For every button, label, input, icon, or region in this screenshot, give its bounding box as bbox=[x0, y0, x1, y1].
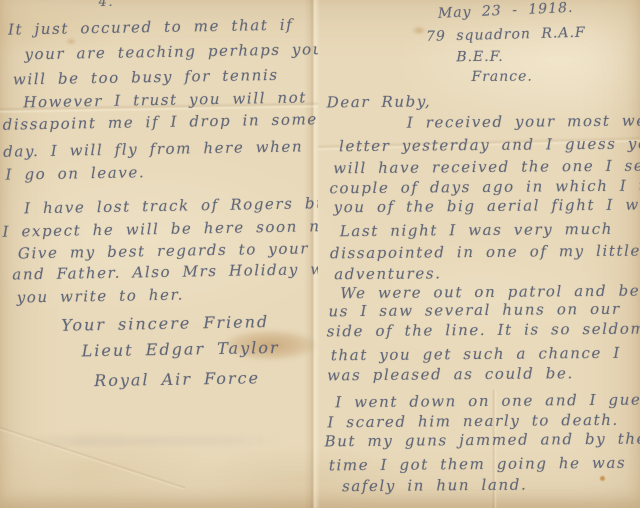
signature: Lieut Edgar Taylor bbox=[82, 338, 280, 360]
handwriting-line: safely in hun land. bbox=[342, 476, 527, 496]
handwriting-line: I have lost track of Rogers but bbox=[24, 194, 318, 217]
handwriting-line: I went down on one and I guess bbox=[335, 390, 640, 411]
handwriting-line: time I got them going he was bbox=[329, 454, 627, 475]
unit-line: 79 squadron R.A.F bbox=[426, 25, 586, 45]
salutation: Dear Ruby, bbox=[327, 92, 432, 111]
handwriting-line: adventures. bbox=[334, 264, 442, 283]
handwriting-line: day. I will fly from here when bbox=[3, 137, 303, 160]
handwriting-line: you write to her. bbox=[17, 286, 185, 307]
handwriting-line: It just occured to me that if bbox=[8, 16, 294, 39]
handwriting-line: dissapointed in one of my little bbox=[330, 242, 640, 263]
handwriting-line: Last night I was very much bbox=[340, 220, 613, 240]
handwriting-line: that you get such a chance I bbox=[331, 344, 621, 365]
handwriting-line: couple of days ago in which I told bbox=[329, 176, 640, 197]
handwriting-line: letter yesterday and I guess you bbox=[339, 134, 640, 155]
handwriting-line: Give my best regards to your Mother bbox=[18, 238, 318, 262]
handwriting-line: side of the line. It is so seldom bbox=[327, 320, 640, 341]
handwriting-line: But my guns jammed and by the bbox=[325, 430, 640, 451]
date-line: May 23 - 1918. bbox=[438, 0, 574, 22]
handwriting-line: However I trust you will not bbox=[23, 88, 307, 111]
letter-page-left: 4. It just occured to me that if your ar… bbox=[0, 0, 318, 508]
handwriting-line: I received your most welcome bbox=[407, 111, 640, 132]
handwriting-line: I expect he will be here soon now. bbox=[2, 217, 318, 241]
handwriting-line: you of the big aerial fight I was in. bbox=[334, 195, 640, 216]
signature-unit: Royal Air Force bbox=[94, 368, 260, 390]
closing-line: Your sincere Friend bbox=[61, 312, 269, 335]
handwriting-line: your are teaching perhaps you bbox=[24, 40, 318, 63]
handwriting-line: I go on leave. bbox=[5, 163, 145, 183]
handwriting-line: will have received the one I sent a bbox=[333, 156, 640, 177]
handwriting-line: dissapoint me if I drop in some bbox=[3, 110, 318, 133]
page-number: 4. bbox=[98, 0, 114, 10]
handwriting-line: and Father. Also Mrs Holiday when bbox=[12, 260, 318, 284]
handwriting-line: was pleased as could be. bbox=[327, 364, 574, 384]
handwriting-line: I scared him nearly to death. bbox=[327, 411, 619, 432]
handwriting-line: will be too busy for tennis bbox=[13, 66, 279, 89]
country-line: France. bbox=[471, 69, 532, 86]
force-line: B.E.F. bbox=[456, 49, 504, 65]
letter-page-right: May 23 - 1918. 79 squadron R.A.F B.E.F. … bbox=[318, 0, 640, 508]
letter-scan: 4. It just occured to me that if your ar… bbox=[0, 0, 640, 508]
handwriting-line: us I saw several huns on our bbox=[328, 300, 620, 321]
